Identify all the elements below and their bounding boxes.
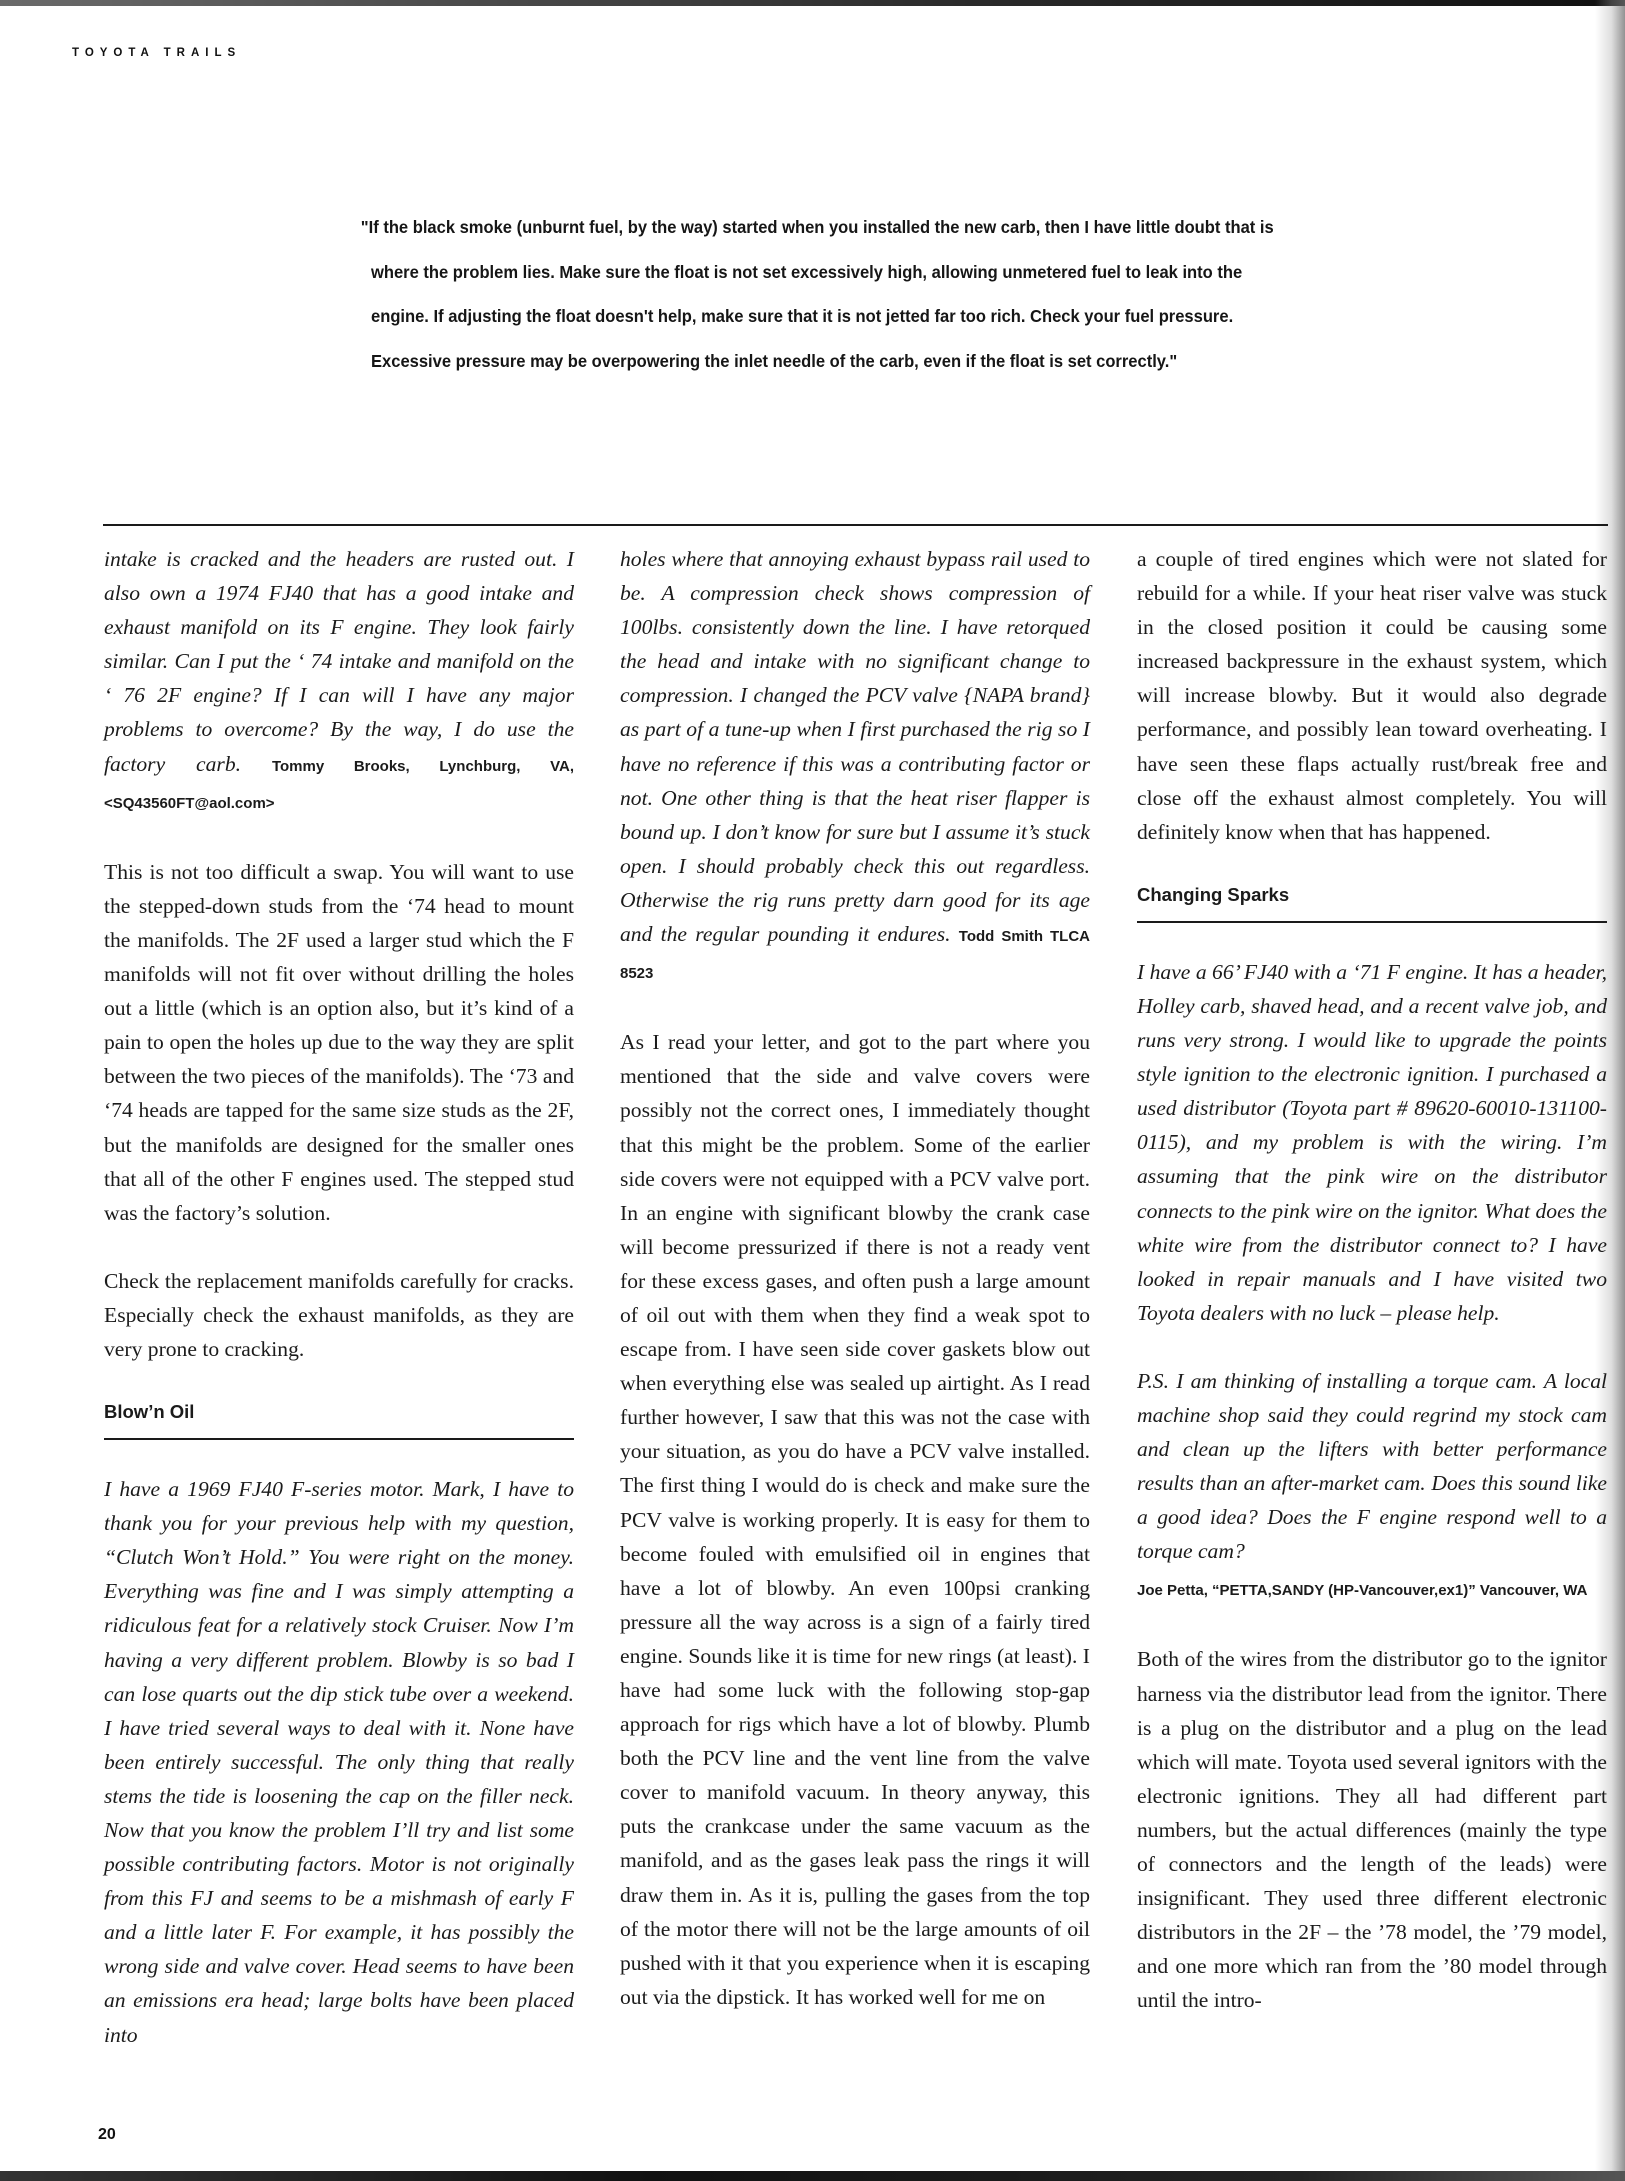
letter-3-paragraph: I have a 66’ FJ40 with a ‘71 F engine. I… <box>1137 955 1607 1330</box>
answer-paragraph: Check the replacement manifolds carefull… <box>104 1264 574 1366</box>
scan-top-edge <box>0 0 1625 6</box>
page-number: 20 <box>98 2126 116 2144</box>
letter-2-start: I have a 1969 FJ40 F-series motor. Mark,… <box>104 1472 574 2052</box>
answer-paragraph: Both of the wires from the distributor g… <box>1137 1642 1607 2017</box>
letter-1-continued: intake is cracked and the headers are ru… <box>104 542 574 821</box>
answer-paragraph: This is not too difficult a swap. You wi… <box>104 855 574 1230</box>
column-3: a couple of tired engines which were not… <box>1137 542 1607 2017</box>
letter-3-postscript: P.S. I am thinking of installing a torqu… <box>1137 1364 1607 1569</box>
letter-signature: Joe Petta, “PETTA,SANDY (HP-Vancouver,ex… <box>1137 1574 1607 1608</box>
letter-text: holes where that annoying exhaust bypass… <box>620 547 1090 946</box>
answer-paragraph: As I read your letter, and got to the pa… <box>620 1025 1090 2014</box>
pull-quote: "If the black smoke (unburnt fuel, by th… <box>358 205 1297 383</box>
pull-quote-text: "If the black smoke (unburnt fuel, by th… <box>358 205 1297 383</box>
section-heading-changing-sparks: Changing Sparks <box>1137 883 1607 923</box>
column-1: intake is cracked and the headers are ru… <box>104 542 574 2052</box>
running-head: TOYOTA TRAILS <box>72 47 241 59</box>
letter-text: intake is cracked and the headers are ru… <box>104 547 574 776</box>
section-heading-blown-oil: Blow’n Oil <box>104 1400 574 1440</box>
scan-bottom-edge <box>0 2171 1625 2181</box>
letter-2-continued: holes where that annoying exhaust bypass… <box>620 542 1090 991</box>
column-2: holes where that annoying exhaust bypass… <box>620 542 1090 2014</box>
section-divider <box>103 524 1608 526</box>
answer-continued: a couple of tired engines which were not… <box>1137 542 1607 849</box>
